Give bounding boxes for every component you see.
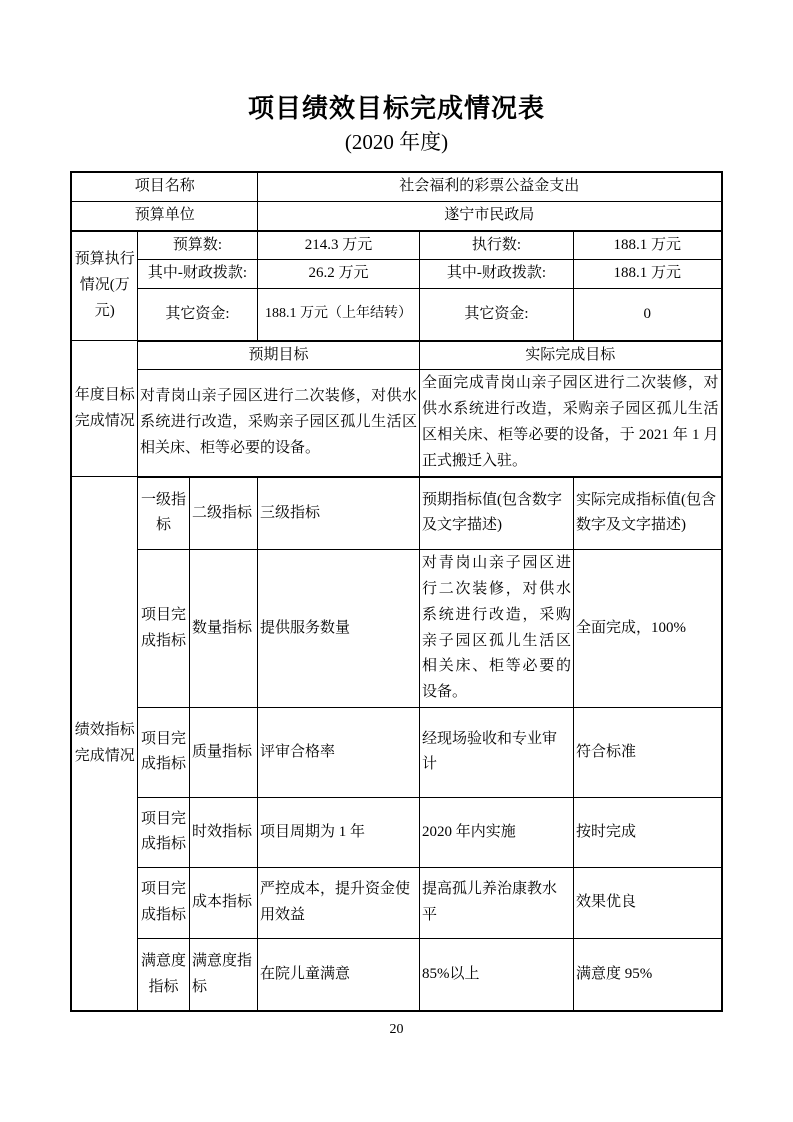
budget-value: 188.1 万元（上年结转） — [258, 289, 420, 341]
indicator-level1: 满意度指标 — [137, 938, 189, 1011]
indicator-level2: 时效指标 — [189, 797, 257, 867]
budget-section-label: 预算执行情况(万元) — [71, 231, 137, 341]
budget-unit-row: 预算单位 遂宁市民政局 — [71, 201, 721, 230]
indicator-expected: 经现场验收和专业审计 — [420, 707, 574, 797]
indicator-level1: 项目完成指标 — [137, 797, 189, 867]
document-title: 项目绩效目标完成情况表 — [0, 92, 793, 126]
indicator-level2: 满意度指标 — [189, 938, 257, 1011]
expected-goal-text: 对青岗山亲子园区进行二次装修，对供水系统进行改造，采购亲子园区孤儿生活区相关床、… — [137, 370, 419, 477]
expected-goal-header: 预期目标 — [137, 341, 419, 370]
document-subtitle: (2020 年度) — [0, 128, 793, 156]
indicator-actual: 效果优良 — [574, 867, 722, 938]
indicator-header-level2: 二级指标 — [189, 477, 257, 550]
budget-value: 26.2 万元 — [258, 260, 420, 289]
performance-target-table: 项目名称 社会福利的彩票公益金支出 预算单位 遂宁市民政局 预算执行情况(万元)… — [70, 171, 722, 1012]
budget-value: 0 — [574, 289, 722, 341]
indicator-level3: 评审合格率 — [258, 707, 420, 797]
budget-label: 预算数: — [137, 231, 257, 260]
indicator-header-level3: 三级指标 — [258, 477, 420, 550]
indicator-level3: 项目周期为 1 年 — [258, 797, 420, 867]
indicator-actual: 全面完成，100% — [574, 550, 722, 708]
budget-row: 其中-财政拨款: 26.2 万元 其中-财政拨款: 188.1 万元 — [71, 260, 721, 289]
indicators-section-label: 绩效指标完成情况 — [71, 477, 137, 1012]
indicator-row: 项目完成指标 时效指标 项目周期为 1 年 2020 年内实施 按时完成 — [71, 797, 721, 867]
budget-unit-label: 预算单位 — [71, 201, 257, 230]
indicator-actual: 满意度 95% — [574, 938, 722, 1011]
budget-label: 其中-财政拨款: — [137, 260, 257, 289]
indicator-row: 项目完成指标 数量指标 提供服务数量 对青岗山亲子园区进行二次装修，对供水系统进… — [71, 550, 721, 708]
actual-goal-text: 全面完成青岗山亲子园区进行二次装修，对供水系统进行改造，采购亲子园区孤儿生活区相… — [420, 370, 722, 477]
indicator-header-actual: 实际完成指标值(包含数字及文字描述) — [574, 477, 722, 550]
indicator-level3: 提供服务数量 — [258, 550, 420, 708]
budget-label: 其中-财政拨款: — [420, 260, 574, 289]
project-name-row: 项目名称 社会福利的彩票公益金支出 — [71, 172, 721, 201]
indicator-actual: 符合标准 — [574, 707, 722, 797]
budget-row: 其它资金: 188.1 万元（上年结转） 其它资金: 0 — [71, 289, 721, 341]
budget-label: 执行数: — [420, 231, 574, 260]
document-page: { "page": { "title": "项目绩效目标完成情况表", "sub… — [0, 0, 793, 1122]
indicator-actual: 按时完成 — [574, 797, 722, 867]
indicator-level2: 数量指标 — [189, 550, 257, 708]
page-number: 20 — [0, 1022, 793, 1038]
budget-label: 其它资金: — [420, 289, 574, 341]
indicator-row: 项目完成指标 成本指标 严控成本，提升资金使用效益 提高孤儿养治康教水平 效果优… — [71, 867, 721, 938]
annual-goal-section-label: 年度目标完成情况 — [71, 341, 137, 477]
budget-value: 188.1 万元 — [574, 260, 722, 289]
indicator-row: 项目完成指标 质量指标 评审合格率 经现场验收和专业审计 符合标准 — [71, 707, 721, 797]
annual-goal-header-row: 年度目标完成情况 预期目标 实际完成目标 — [71, 341, 721, 370]
project-name-value: 社会福利的彩票公益金支出 — [258, 172, 722, 201]
indicator-level3: 在院儿童满意 — [258, 938, 420, 1011]
indicator-level1: 项目完成指标 — [137, 867, 189, 938]
budget-row: 预算执行情况(万元) 预算数: 214.3 万元 执行数: 188.1 万元 — [71, 231, 721, 260]
budget-value: 214.3 万元 — [258, 231, 420, 260]
indicator-header-expected: 预期指标值(包含数字及文字描述) — [420, 477, 574, 550]
indicator-expected: 2020 年内实施 — [420, 797, 574, 867]
annual-goal-content-row: 对青岗山亲子园区进行二次装修，对供水系统进行改造，采购亲子园区孤儿生活区相关床、… — [71, 370, 721, 477]
budget-value: 188.1 万元 — [574, 231, 722, 260]
indicator-level2: 成本指标 — [189, 867, 257, 938]
indicator-level3: 严控成本，提升资金使用效益 — [258, 867, 420, 938]
indicator-expected: 提高孤儿养治康教水平 — [420, 867, 574, 938]
indicator-header-row: 绩效指标完成情况 一级指标 二级指标 三级指标 预期指标值(包含数字及文字描述)… — [71, 477, 721, 550]
indicator-expected: 对青岗山亲子园区进行二次装修，对供水系统进行改造，采购亲子园区孤儿生活区相关床、… — [420, 550, 574, 708]
indicator-expected: 85%以上 — [420, 938, 574, 1011]
indicator-header-level1: 一级指标 — [137, 477, 189, 550]
indicator-row: 满意度指标 满意度指标 在院儿童满意 85%以上 满意度 95% — [71, 938, 721, 1011]
project-name-label: 项目名称 — [71, 172, 257, 201]
indicator-level1: 项目完成指标 — [137, 550, 189, 708]
budget-unit-value: 遂宁市民政局 — [258, 201, 722, 230]
actual-goal-header: 实际完成目标 — [420, 341, 722, 370]
indicator-level1: 项目完成指标 — [137, 707, 189, 797]
indicator-level2: 质量指标 — [189, 707, 257, 797]
budget-label: 其它资金: — [137, 289, 257, 341]
